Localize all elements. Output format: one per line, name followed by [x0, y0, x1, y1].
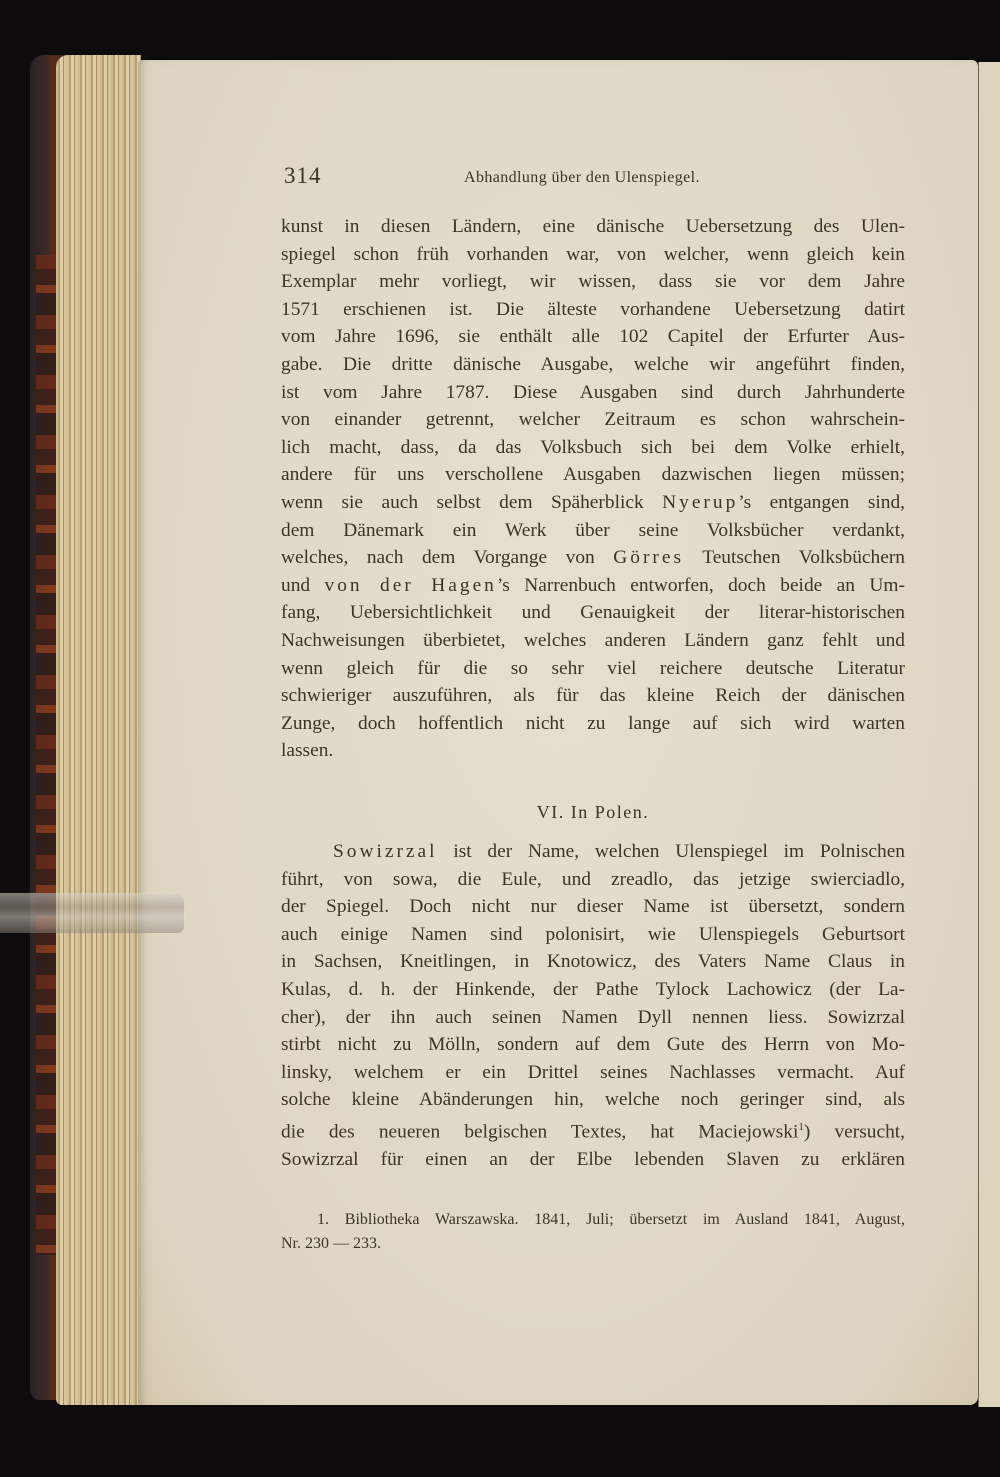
text-line: wenn sie auch selbst dem Späherblick Nye…	[281, 489, 905, 517]
next-page-edge	[978, 62, 1000, 1407]
text-segment: ist der Name, welchen Ulenspiegel im Pol…	[438, 841, 905, 862]
author-name-nyerup: Nyerup	[662, 492, 738, 513]
text-segment: und	[281, 575, 325, 596]
text-line: 1571 erschienen ist. Die älteste vorhand…	[281, 296, 905, 324]
text-line: in Sachsen, Kneitlingen, in Knotowicz, d…	[281, 948, 905, 976]
text-segment: Teutschen Volksbüchern	[684, 547, 905, 568]
text-line: die des neueren belgischen Textes, hat M…	[281, 1114, 905, 1146]
text-line: schwieriger auszuführen, als für das kle…	[281, 682, 905, 710]
text-line: ist vom Jahre 1787. Diese Ausgaben sind …	[281, 379, 905, 407]
page-clamp-rod	[0, 893, 186, 933]
text-line: lich macht, dass, da das Volksbuch sich …	[281, 434, 905, 462]
text-line: Zunge, doch hoffentlich nicht zu lange a…	[281, 710, 905, 738]
text-line: wenn gleich für die so sehr viel reicher…	[281, 655, 905, 683]
text-line: linsky, welchem er ein Drittel seines Na…	[281, 1059, 905, 1087]
text-segment: ’s Narrenbuch entworfen, doch beide an U…	[497, 575, 905, 596]
author-name-gorres: Görres	[613, 547, 684, 568]
text-line: der Spiegel. Doch nicht nur dieser Name …	[281, 893, 905, 921]
text-line: führt, von sowa, die Eule, und zreadlo, …	[281, 866, 905, 894]
text-line: Exemplar mehr vorliegt, wir wissen, dass…	[281, 268, 905, 296]
text-segment: wenn sie auch selbst dem Späherblick	[281, 492, 662, 513]
text-line: spiegel schon früh vorhanden war, von we…	[281, 241, 905, 269]
footnote-line: 1. Bibliotheka Warszawska. 1841, Juli; ü…	[281, 1208, 905, 1232]
text-line: andere für uns verschollene Ausgaben daz…	[281, 461, 905, 489]
author-name-hagen: von der Hagen	[325, 575, 497, 596]
page-number: 314	[284, 163, 322, 189]
text-line: und von der Hagen’s Narrenbuch entworfen…	[281, 572, 905, 600]
text-segment: ) versucht,	[804, 1121, 905, 1142]
paragraph-danish-editions: kunst in diesen Ländern, eine dänische U…	[281, 213, 905, 765]
text-line: welches, nach dem Vorgange von Görres Te…	[281, 544, 905, 572]
text-segment: die des neueren belgischen Textes, hat M…	[281, 1121, 798, 1142]
section-heading: VI. In Polen.	[281, 802, 905, 823]
text-line: cher), der ihn auch seinen Namen Dyll ne…	[281, 1004, 905, 1032]
text-line: dem Dänemark ein Werk über seine Volksbü…	[281, 517, 905, 545]
footnote-line: Nr. 230 — 233.	[281, 1232, 905, 1256]
text-segment: ’s entgangen sind,	[738, 492, 905, 513]
text-line: Nachweisungen überbietet, welches andere…	[281, 627, 905, 655]
text-line: solche kleine Abänderungen hin, welche n…	[281, 1086, 905, 1114]
text-line: stirbt nicht zu Mölln, sondern auf dem G…	[281, 1031, 905, 1059]
page-header: 314 Abhandlung über den Ulenspiegel.	[284, 163, 904, 193]
text-segment: welches, nach dem Vorgange von	[281, 547, 613, 568]
text-line: vom Jahre 1696, sie enthält alle 102 Cap…	[281, 323, 905, 351]
text-line: Sowizrzal ist der Name, welchen Ulenspie…	[281, 838, 905, 866]
text-line: Sowizrzal für einen an der Elbe lebenden…	[281, 1146, 905, 1174]
page-edges	[56, 55, 141, 1405]
text-line: lassen.	[281, 737, 905, 765]
text-line: gabe. Die dritte dänische Ausgabe, welch…	[281, 351, 905, 379]
text-line: fang, Uebersichtlichkeit und Genauigkeit…	[281, 599, 905, 627]
text-line: von einander getrennt, welcher Zeitraum …	[281, 406, 905, 434]
text-line: Kulas, d. h. der Hinkende, der Pathe Tyl…	[281, 976, 905, 1004]
paragraph-poland: Sowizrzal ist der Name, welchen Ulenspie…	[281, 838, 905, 1174]
running-title: Abhandlung über den Ulenspiegel.	[464, 169, 700, 187]
text-line: auch einige Namen sind polonisirt, wie U…	[281, 921, 905, 949]
text-line: kunst in diesen Ländern, eine dänische U…	[281, 213, 905, 241]
footnote: 1. Bibliotheka Warszawska. 1841, Juli; ü…	[281, 1208, 905, 1256]
name-sowizrzal: Sowizrzal	[333, 841, 438, 862]
